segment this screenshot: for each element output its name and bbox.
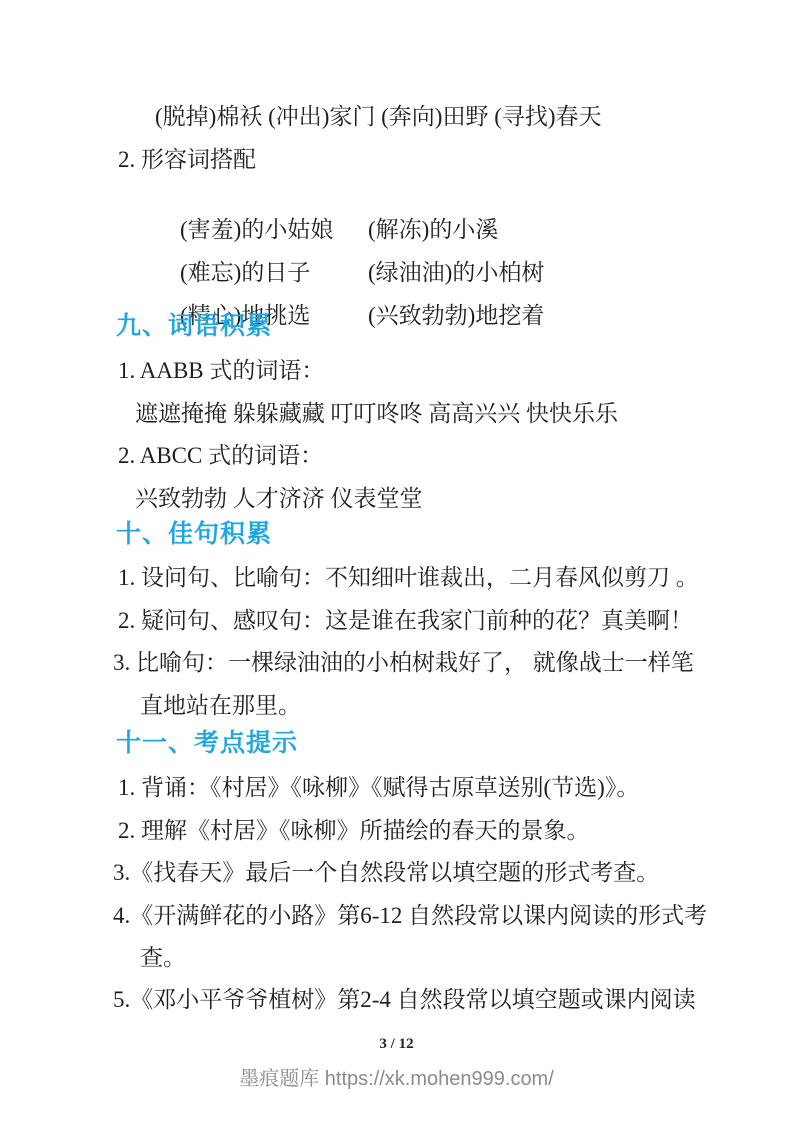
adjective-pair-right: (兴致勃勃)地挖着 [368,303,544,328]
exam-tip-item-1: 1. 背诵：《村居》《咏柳》《赋得古原草送别(节选)》。 [118,774,639,801]
abcc-item-label: 2. ABCC 式的词语： [118,442,323,469]
sentence-item-3-continuation: 直地站在那里。 [140,692,301,719]
source-watermark-link: 墨痕题库 https://xk.mohen999.com/ [0,1062,793,1091]
section-heading-exam-tips: 十一、考点提示 [116,729,298,757]
adjective-collocation-item: 2. 形容词搭配 [118,146,256,173]
worksheet-page: (脱掉)棉袄 (冲出)家门 (奔向)田野 (寻找)春天 2. 形容词搭配 (害羞… [0,0,793,1122]
sentence-item-3: 3. 比喻句：一棵绿油油的小柏树栽好了， 就像战士一样笔 [113,649,694,676]
page-number: 3 / 12 [0,1036,793,1053]
sentence-item-2: 2. 疑问句、感叹句：这是谁在我家门前种的花？真美啊！ [118,607,693,634]
exam-tip-item-4-continuation: 查。 [140,944,186,971]
aabb-words-line: 遮遮掩掩 躲躲藏藏 叮叮咚咚 高高兴兴 快快乐乐 [135,400,618,427]
exam-tip-item-3: 3.《找春天》最后一个自然段常以填空题的形式考查。 [113,859,659,886]
section-heading-sentence-accumulation: 十、佳句积累 [116,520,272,548]
exam-tip-item-4: 4.《开满鲜花的小路》第6-12 自然段常以课内阅读的形式考 [113,902,707,929]
exam-tip-item-2: 2. 理解《村居》《咏柳》所描绘的春天的景象。 [118,817,590,844]
abcc-words-line: 兴致勃勃 人才济济 仪表堂堂 [135,485,423,512]
section-heading-word-accumulation: 九、词语积累 [116,312,272,340]
verb-collocation-line: (脱掉)棉袄 (冲出)家门 (奔向)田野 (寻找)春天 [155,103,602,130]
aabb-item-label: 1. AABB 式的词语： [118,357,324,384]
exam-tip-item-5: 5.《邓小平爷爷植树》第2-4 自然段常以填空题或课内阅读 [113,986,696,1013]
sentence-item-1: 1. 设问句、比喻句：不知细叶谁裁出，二月春风似剪刀 。 [118,564,699,591]
